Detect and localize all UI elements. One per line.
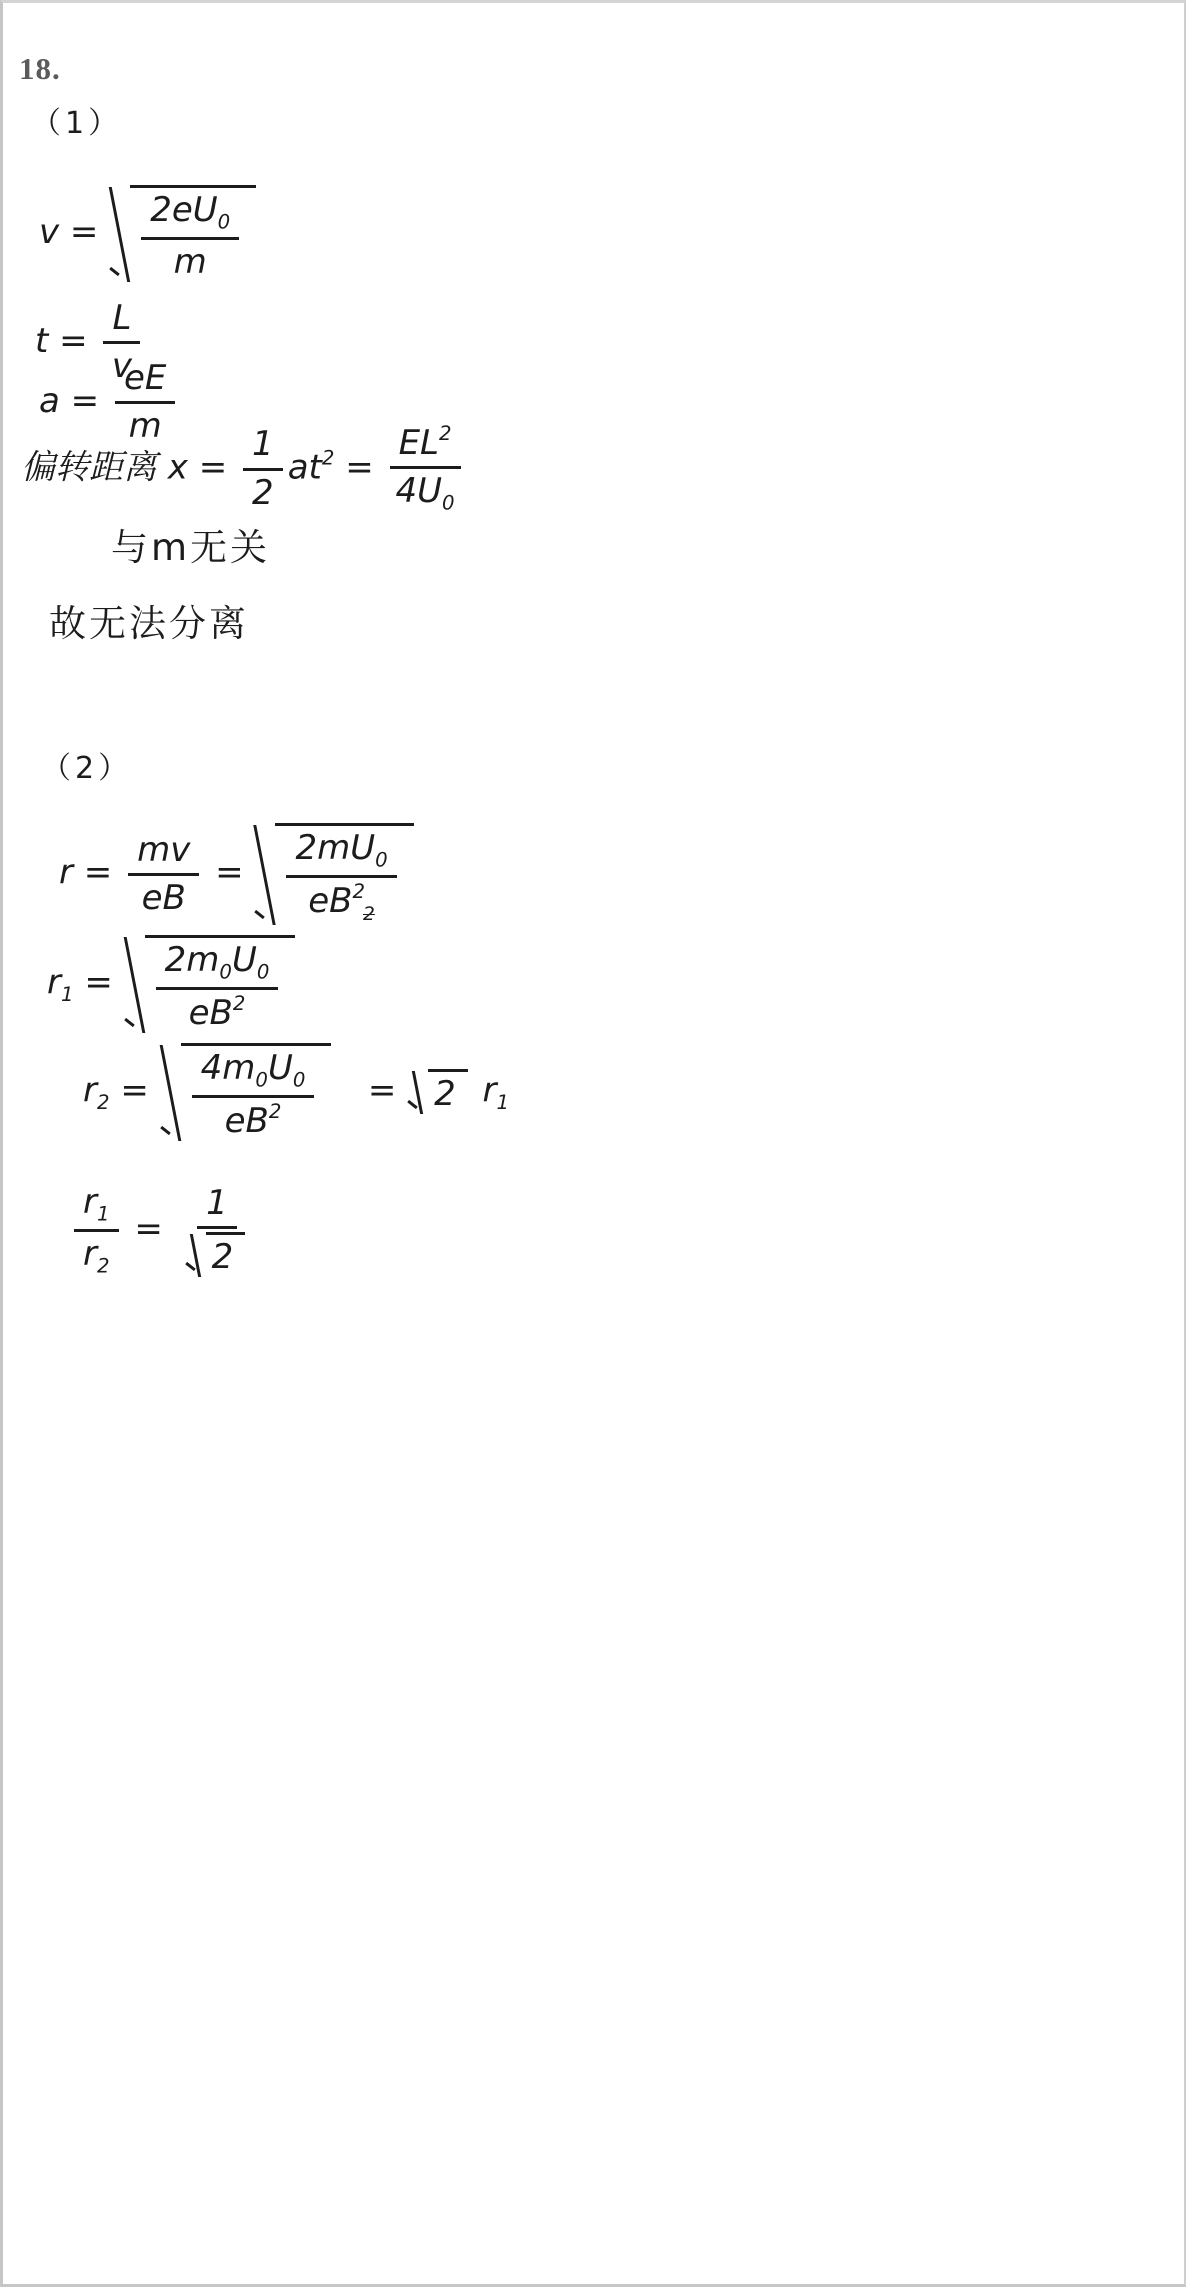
math-text: eE: [124, 358, 166, 398]
subscript: 0: [442, 491, 455, 514]
subscript: 0: [257, 960, 270, 983]
fraction-numerator: mv: [128, 831, 199, 876]
math-text: eB: [225, 1101, 269, 1141]
subscript: 0: [255, 1068, 268, 1091]
math-text: 4m: [201, 1048, 256, 1088]
fraction: r1r2: [74, 1183, 119, 1278]
radical-icon: [411, 1069, 428, 1114]
subscript: 0: [375, 848, 388, 871]
math-text: a =: [39, 381, 110, 421]
fraction: 4m0U0eB2: [192, 1049, 315, 1141]
subscript: 0: [293, 1068, 306, 1091]
math-text: =: [204, 853, 254, 893]
fraction-numerator: 1: [197, 1184, 237, 1229]
part-2-label: （2）: [41, 743, 132, 787]
radical-icon: [128, 935, 145, 1033]
fraction-numerator: EL2: [390, 423, 461, 469]
subscript: 0: [218, 210, 231, 233]
radical-icon: [189, 1232, 206, 1277]
radicand: 2eU0m: [130, 185, 256, 282]
subscript: 0: [219, 960, 232, 983]
fraction-numerator: eE: [115, 359, 175, 404]
square-root: 2mU0eB22: [258, 823, 413, 925]
fraction-numerator: 4m0U0: [192, 1049, 315, 1098]
math-text: 2: [212, 1237, 234, 1277]
fraction: 12: [179, 1184, 256, 1277]
math-text: =: [334, 448, 384, 488]
question-number: 18.: [19, 51, 61, 87]
fraction-numerator: 1: [243, 425, 283, 470]
fraction: mveB: [128, 831, 199, 918]
radicand: 2: [428, 1069, 468, 1114]
radicand: 2: [206, 1232, 246, 1277]
math-text: 1: [206, 1183, 228, 1223]
square-root: 4m0U0eB2: [164, 1043, 332, 1141]
math-text: 2m: [165, 940, 220, 980]
equation-radius-ratio: r1r2 = 12: [69, 1183, 260, 1278]
fraction-denominator: m: [168, 240, 213, 282]
math-text: m: [174, 242, 207, 282]
math-text: mv: [137, 830, 190, 870]
math-text: 4U: [396, 471, 443, 511]
superscript: 2: [352, 880, 365, 903]
equation-velocity: v = 2eU0m: [39, 185, 260, 282]
fraction: EL24U0: [390, 423, 461, 515]
superscript: 2: [439, 422, 452, 445]
fraction-denominator: r2: [77, 1232, 116, 1278]
note-independent-of-m: 与m无关: [111, 517, 270, 571]
radicand: 4m0U0eB2: [181, 1043, 332, 1141]
math-text: U: [232, 940, 257, 980]
fraction-numerator: 2mU0: [286, 829, 396, 878]
superscript: 2: [233, 992, 246, 1015]
math-text: 2mU: [295, 828, 375, 868]
math-text: eB: [142, 878, 186, 918]
math-text: EL: [399, 423, 439, 463]
square-root: 2: [189, 1232, 246, 1277]
math-text: 2: [252, 473, 274, 513]
part-1-label: （1）: [31, 98, 122, 142]
subscript: 1: [497, 1091, 510, 1114]
square-root: 2: [411, 1069, 468, 1114]
radicand: 2m0U0eB2: [145, 935, 296, 1033]
fraction-numerator: r1: [74, 1183, 119, 1232]
scanned-answer-sheet: 18. （1） v = 2eU0m t = Lv a = eEm 偏转距离 x …: [0, 0, 1186, 2287]
math-text: eB: [189, 993, 233, 1033]
math-text: t =: [35, 321, 98, 361]
math-text: r: [83, 1182, 97, 1222]
note-cannot-separate: 故无法分离: [49, 593, 249, 647]
superscript: 2: [322, 447, 335, 470]
fraction: 2mU0eB22: [286, 829, 396, 925]
equation-deflection-distance: 偏转距离 x = 12at2 = EL24U0: [21, 423, 466, 515]
fraction-denominator: eB2: [183, 990, 252, 1033]
equation-radius-1: r1 = 2m0U0eB2: [47, 935, 299, 1033]
math-text: r: [83, 1071, 97, 1111]
math-text: r: [47, 963, 61, 1003]
math-text: =: [124, 1209, 174, 1249]
math-text: =: [335, 1071, 407, 1111]
superscript: 2: [269, 1100, 282, 1123]
square-root: 2eU0m: [113, 185, 256, 282]
math-text: 1: [252, 424, 274, 464]
subscript: 2: [97, 1255, 110, 1278]
fraction-denominator: 2: [179, 1229, 256, 1277]
fraction-denominator: 2: [246, 471, 280, 513]
fraction: 2m0U0eB2: [156, 941, 279, 1033]
math-text: r =: [59, 853, 123, 893]
math-text: =: [110, 1071, 160, 1111]
math-text: 偏转距离 x =: [21, 448, 238, 488]
fraction-numerator: L: [103, 299, 140, 344]
fraction-denominator: eB2: [219, 1098, 288, 1141]
fraction-denominator: eB: [136, 876, 192, 918]
fraction-numerator: 2m0U0: [156, 941, 279, 990]
struck-subscript: 2: [363, 904, 375, 925]
fraction-numerator: 2eU0: [141, 191, 239, 240]
math-text: 2eU: [150, 190, 217, 230]
radical-icon: [258, 823, 275, 925]
math-text: v =: [39, 212, 109, 252]
equation-radius-2: r2 = 4m0U0eB2 = 2 r1: [83, 1043, 509, 1141]
math-text: U: [268, 1048, 293, 1088]
math-text: r: [83, 1234, 97, 1274]
subscript: 1: [61, 983, 74, 1006]
math-text: at: [288, 448, 322, 488]
fraction: 2eU0m: [141, 191, 239, 282]
fraction-denominator: 4U0: [390, 469, 461, 515]
math-text: L: [112, 298, 131, 338]
radical-icon: [164, 1043, 181, 1141]
math-text: r: [472, 1071, 497, 1111]
subscript: 1: [97, 1202, 110, 1225]
subscript: 2: [97, 1091, 110, 1114]
radical-icon: [113, 185, 130, 282]
equation-radius: r = mveB = 2mU0eB22: [59, 823, 418, 925]
radicand: 2mU0eB22: [275, 823, 413, 925]
math-text: 2: [434, 1074, 456, 1114]
fraction-denominator: eB22: [302, 878, 381, 925]
math-text: eB: [308, 881, 352, 921]
fraction: 12: [243, 425, 283, 512]
math-text: =: [74, 963, 124, 1003]
square-root: 2m0U0eB2: [128, 935, 296, 1033]
